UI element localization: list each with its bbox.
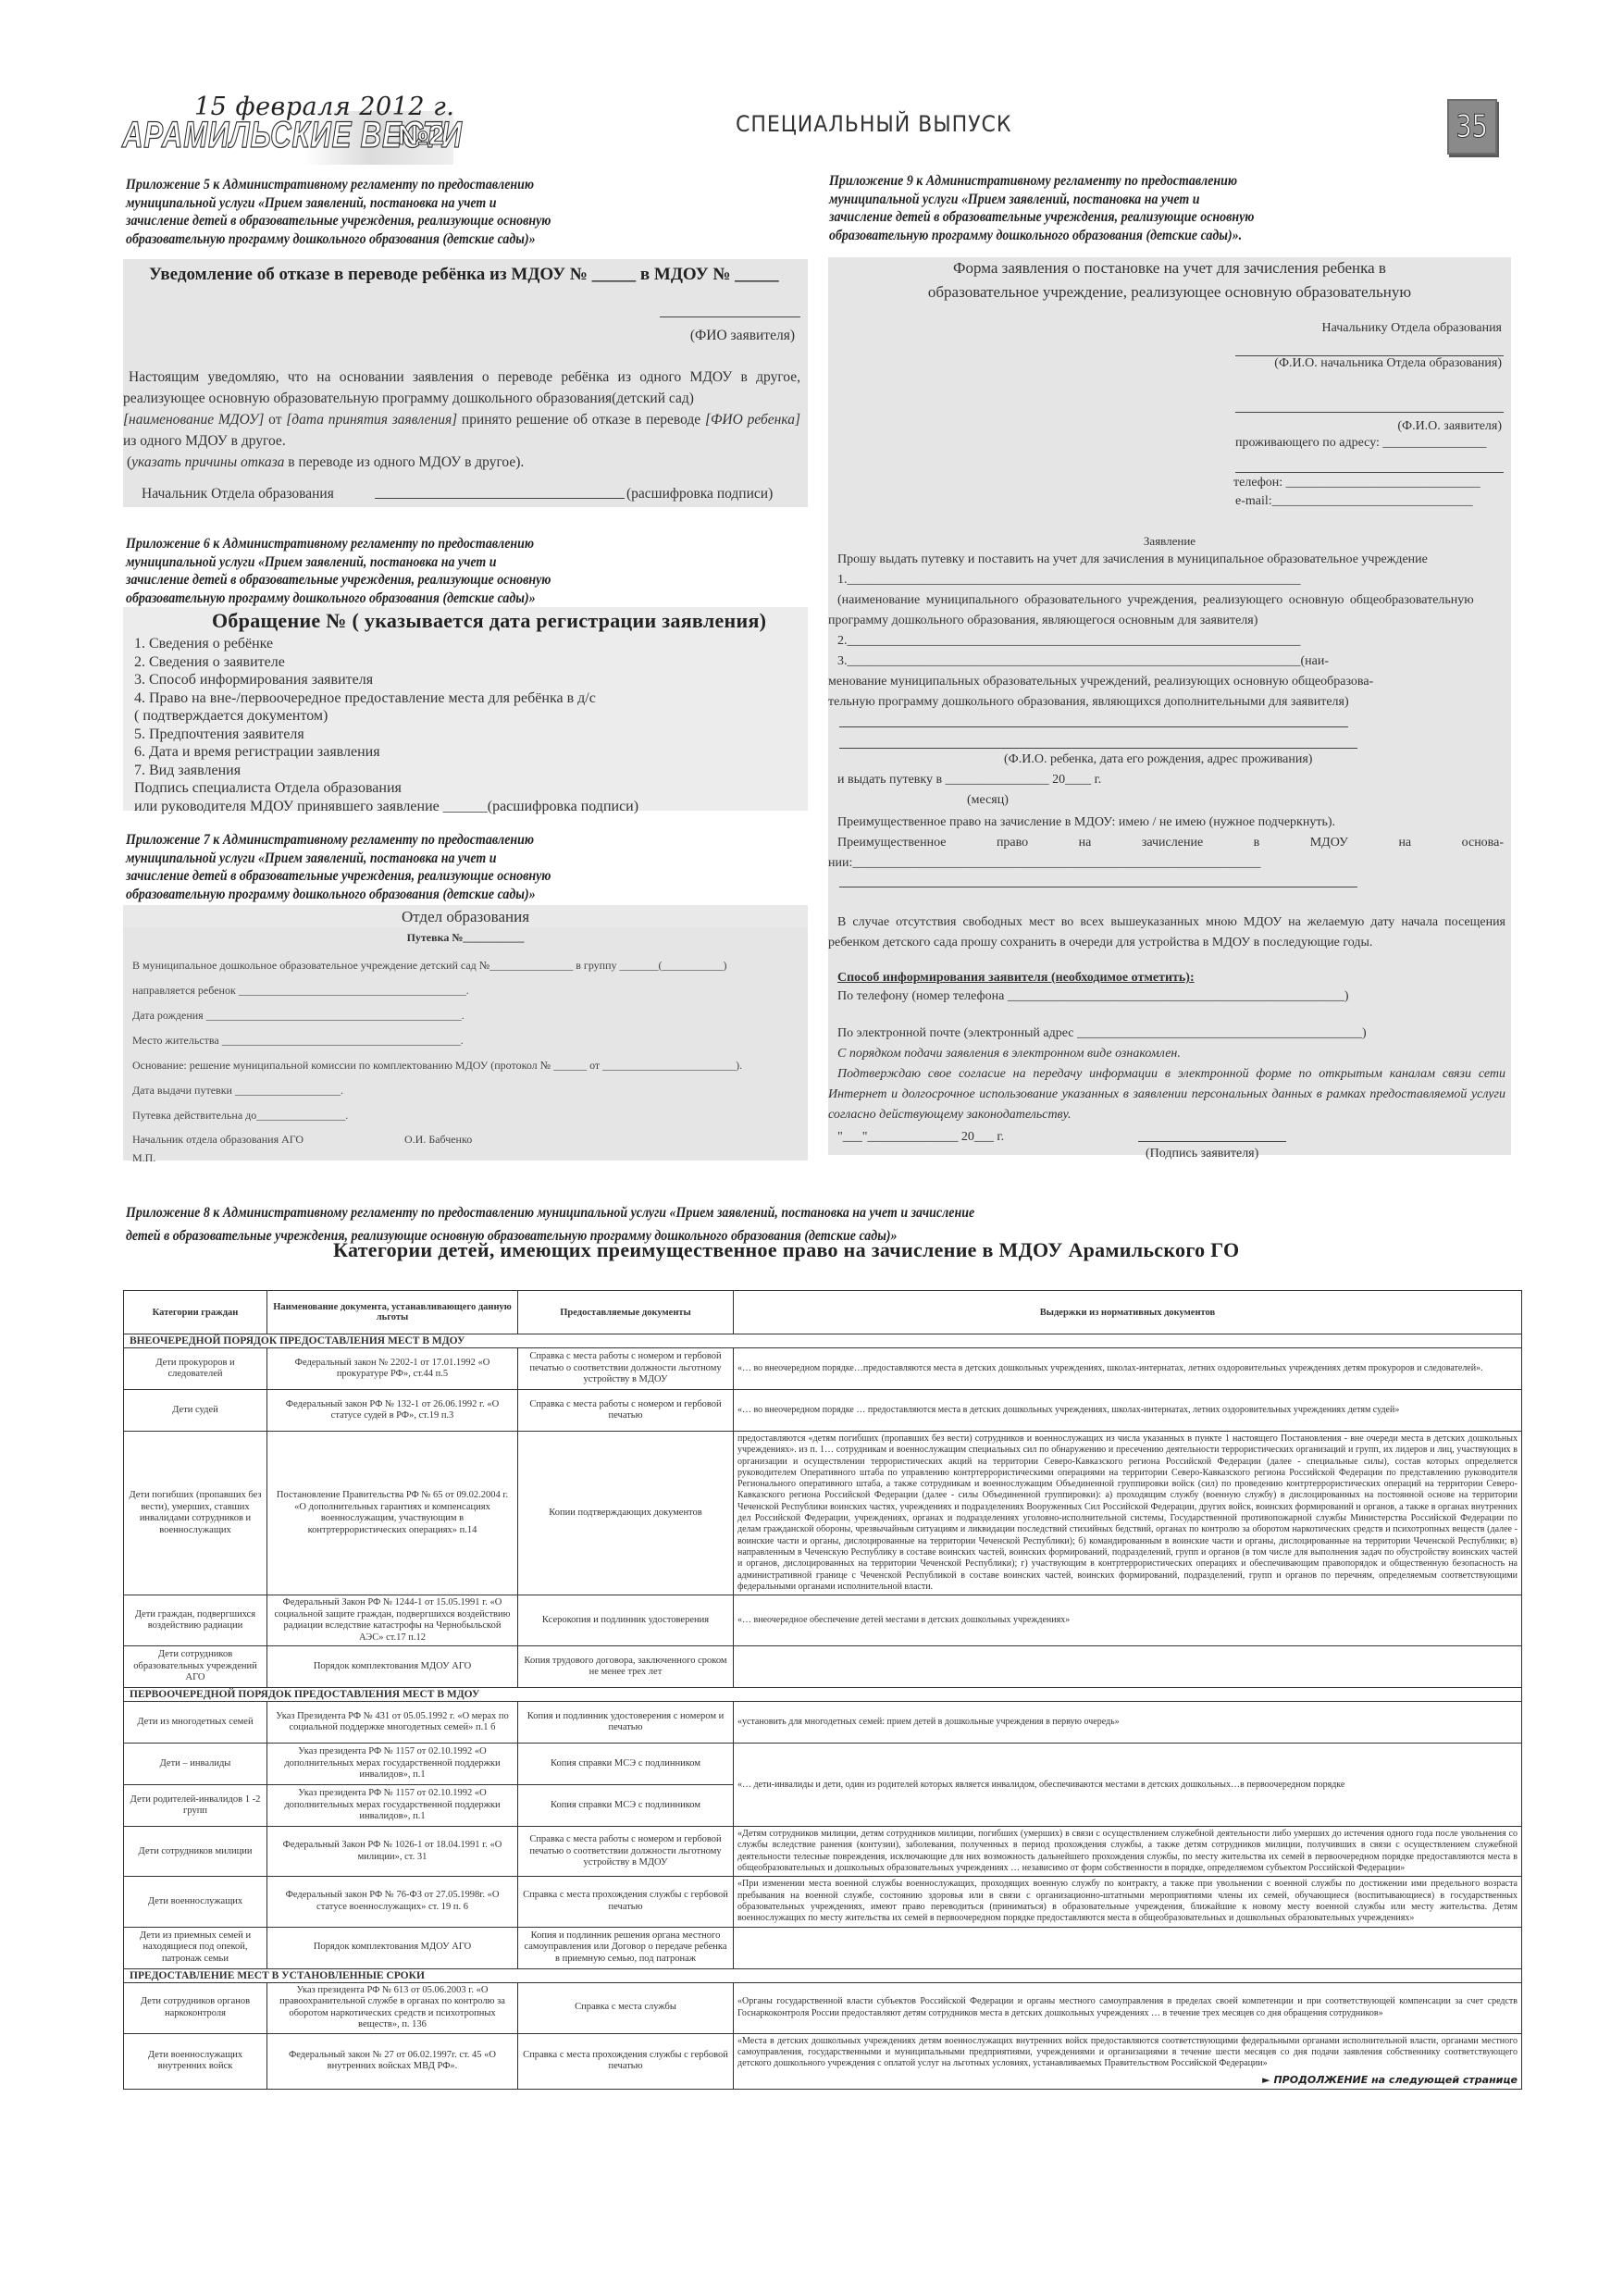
statement-heading: Заявление [828, 531, 1511, 552]
refusal-notice-panel: Уведомление об отказе в переводе ребёнка… [123, 259, 808, 507]
category-cell: Дети из многодетных семей [124, 1702, 267, 1744]
list-item: или руководителя МДОУ принявшего заявлен… [134, 798, 638, 816]
table-row: Дети военнослужащихФедеральный закон РФ … [124, 1877, 1522, 1927]
voucher-field[interactable]: Дата выдачи путевки ___________________. [132, 1084, 343, 1098]
document-cell: Указ президента РФ № 613 от 05.06.2003 г… [267, 1982, 518, 2033]
section-title: ПРЕДОСТАВЛЕНИЕ МЕСТ В УСТАНОВЛЕННЫЕ СРОК… [124, 1968, 1522, 1982]
section-title: ВНЕОЧЕРЕДНОЙ ПОРЯДОК ПРЕДОСТАВЛЕНИЯ МЕСТ… [124, 1334, 1522, 1348]
child-info-label: (Ф.И.О. ребенка, дата его рождения, адре… [1004, 750, 1312, 770]
table-row: Дети погибших (пропавших без вести), уме… [124, 1432, 1522, 1595]
issue-voucher-field[interactable]: и выдать путевку в ________________ 20__… [837, 770, 1101, 790]
provided-docs-cell: Копия и подлинник удостоверения с номеро… [518, 1702, 734, 1744]
table-row: Дети судейФедеральный закон РФ № 132-1 о… [124, 1390, 1522, 1432]
word: на [1398, 833, 1411, 853]
word: МДОУ [1310, 833, 1348, 853]
caption-line: Приложение 5 к Административному регламе… [126, 176, 551, 194]
appendix9-caption: Приложение 9 к Административному регламе… [829, 172, 1254, 244]
category-cell: Дети прокуроров и следователей [124, 1348, 267, 1390]
table-row: Дети из многодетных семейУказ Президента… [124, 1702, 1522, 1744]
institution-2-field[interactable]: 2.______________________________________… [837, 631, 1301, 652]
page-number: 35 [1456, 108, 1489, 145]
provided-docs-cell: Копия и подлинник решения органа местног… [518, 1927, 734, 1968]
placeholder-child: [ФИО ребенка] [705, 412, 800, 428]
institution-3-note: менование муниципальных образовательных … [828, 672, 1373, 692]
registration-form-panel: Форма заявления о постановке на учет для… [828, 257, 1511, 1155]
provided-docs-cell: Справка с места прохождения службы с гер… [518, 1877, 734, 1927]
word: основа- [1462, 833, 1504, 853]
signature-label: (Подпись заявителя) [1146, 1144, 1258, 1164]
institution-3-note-2: тельную программу дошкольного образовани… [828, 692, 1349, 713]
continuation-note[interactable]: ► ПРОДОЛЖЕНИЕ на следующей странице [737, 2075, 1518, 2086]
institution-1-note: (наименование муниципального образовател… [837, 590, 1474, 611]
word: на [1079, 833, 1092, 853]
document-cell: Указ президента РФ № 1157 от 02.10.1992 … [267, 1744, 518, 1785]
categories-table: Категории граждан Наименование документа… [123, 1290, 1522, 2090]
list-item: Подпись специалиста Отдела образования [134, 779, 638, 798]
signature-line[interactable] [1138, 1141, 1286, 1142]
caption-line: зачисление детей в образовательные учреж… [829, 208, 1254, 227]
column-header: Наименование документа, устанавливающего… [267, 1291, 518, 1334]
address-field[interactable]: проживающего по адресу: ________________ [1235, 433, 1486, 453]
caption-line: образовательную программу дошкольного об… [126, 886, 551, 904]
word: Преимущественное [837, 833, 946, 853]
document-cell: Федеральный закон РФ № 132-1 от 26.06.19… [267, 1390, 518, 1432]
provided-docs-cell: Копия справки МСЭ с подлинником [518, 1744, 734, 1785]
quote-cell: «… во внеочередном порядке … предоставля… [734, 1390, 1522, 1432]
category-cell: Дети из приемных семей и находящиеся под… [124, 1927, 267, 1968]
section-row: ВНЕОЧЕРЕДНОЙ ПОРЯДОК ПРЕДОСТАВЛЕНИЯ МЕСТ… [124, 1334, 1522, 1348]
priority-basis-line-2[interactable] [839, 887, 1357, 887]
table-row: Дети сотрудников милицииФедеральный Зако… [124, 1827, 1522, 1877]
quote-cell [734, 1927, 1522, 1968]
table-row: Дети сотрудников органов наркоконтроляУк… [124, 1982, 1522, 2033]
quote-cell: предоставляются «детям погибших (пропавш… [734, 1432, 1522, 1595]
category-cell: Дети граждан, подвергшихся воздействию р… [124, 1595, 267, 1646]
table-row: Дети военнослужащих внутренних войскФеде… [124, 2033, 1522, 2089]
provided-docs-cell: Справка с места работы с номером и гербо… [518, 1348, 734, 1390]
category-cell: Дети родителей-инвалидов 1 -2 групп [124, 1785, 267, 1827]
column-header: Предоставляемые документы [518, 1291, 734, 1334]
category-cell: Дети сотрудников органов наркоконтроля [124, 1982, 267, 2033]
voucher-field[interactable]: Путевка действительна до________________… [132, 1109, 348, 1123]
phone-option[interactable]: По телефону (номер телефона ____________… [837, 987, 1348, 1007]
voucher-field[interactable]: Место жительства _______________________… [132, 1034, 464, 1048]
categories-title: Категории детей, имеющих преимущественно… [333, 1238, 1239, 1262]
refusal-notice-title: Уведомление об отказе в переводе ребёнка… [149, 265, 779, 285]
waitlist-text: В случае отсутствия свободных мест во вс… [828, 912, 1505, 953]
quote-text: «Детям сотрудников милиции, детям сотруд… [737, 1829, 1518, 1874]
document-cell: Указ президента РФ № 1157 от 02.10.1992 … [267, 1785, 518, 1827]
column-header: Категории граждан [124, 1291, 267, 1334]
list-item: ( подтверждается документом) [134, 707, 638, 726]
fio-label: (ФИО заявителя) [690, 328, 795, 344]
addressee: Начальнику Отдела образования [1321, 318, 1502, 339]
quote-cell: «… дети-инвалиды и дети, один из родител… [734, 1744, 1522, 1827]
quote-cell: «При изменении места военной службы воен… [734, 1877, 1522, 1927]
application-record-panel: Обращение № ( указывается дата регистрац… [123, 607, 808, 811]
priority-basis-line: ПреимущественноеправоназачислениевМДОУна… [837, 833, 1504, 853]
fio-line [660, 316, 800, 317]
list-item: 5. Предпочтения заявителя [134, 726, 638, 744]
caption-line: Приложение 9 к Административному регламе… [829, 172, 1254, 191]
provided-docs-cell: Справка с места работы с номером и гербо… [518, 1827, 734, 1877]
appendix7-caption: Приложение 7 к Административному регламе… [126, 831, 551, 903]
placeholder-date: [дата принятия заявления] [286, 412, 457, 428]
voucher-panel: Отдел образования Путевка №___________ В… [123, 905, 808, 1160]
column-header: Выдержки из нормативных документов [734, 1291, 1522, 1334]
caption-line: Приложение 7 к Административному регламе… [126, 831, 551, 850]
document-cell: Указ Президента РФ № 431 от 05.05.1992 г… [267, 1702, 518, 1744]
category-cell: Дети судей [124, 1390, 267, 1432]
voucher-field[interactable]: Дата рождения __________________________… [132, 1009, 465, 1023]
quote-cell: «Органы государственной власти субъектов… [734, 1982, 1522, 2033]
caption-line: образовательную программу дошкольного об… [829, 227, 1254, 245]
head-label: Начальник отдела образования АГО [132, 1133, 304, 1147]
document-cell: Федеральный Закон РФ № 1244-1 от 15.05.1… [267, 1595, 518, 1646]
text: принято решение об отказе в переводе [457, 412, 705, 428]
quote-cell: «Места в детских дошкольных учреждениях … [734, 2033, 1522, 2089]
caption-line: муниципальной услуги «Прием заявлений, п… [829, 191, 1254, 209]
institution-1-field[interactable]: 1.______________________________________… [837, 570, 1301, 590]
refusal-notice-body: Настоящим уведомляю, что на основании за… [123, 366, 800, 473]
application-record-title: Обращение № ( указывается дата регистрац… [212, 609, 766, 633]
caption-line: муниципальной услуги «Прием заявлений, п… [126, 850, 551, 868]
table-row: Дети – инвалидыУказ президента РФ № 1157… [124, 1744, 1522, 1785]
caption-line: зачисление детей в образовательные учреж… [126, 571, 551, 590]
consent-text: Подтверждаю свое согласие на передачу ин… [828, 1064, 1505, 1125]
quote-text: «… дети-инвалиды и дети, один из родител… [737, 1780, 1518, 1791]
priority-basis-field[interactable]: нии:____________________________________… [828, 853, 1260, 874]
child-info-line-2[interactable] [839, 748, 1357, 749]
quote-text: «При изменении места военной службы воен… [737, 1879, 1518, 1924]
caption-line: Приложение 6 к Административному регламе… [126, 535, 551, 553]
category-cell: Дети сотрудников образовательных учрежде… [124, 1646, 267, 1688]
quote-text: «Органы государственной власти субъектов… [737, 1996, 1518, 2019]
voucher-field[interactable]: направляется ребенок ___________________… [132, 984, 469, 998]
body-paragraph: Настоящим уведомляю, что на основании за… [123, 366, 800, 409]
caption-line: муниципальной услуги «Прием заявлений, п… [126, 194, 551, 213]
reason-italic: указать причины отказа [131, 454, 284, 470]
category-cell: Дети погибших (пропавших без вести), уме… [124, 1432, 267, 1595]
quote-text: «… во внеочередном порядке … предоставля… [737, 1405, 1518, 1416]
reason-text: в переводе из одного МДОУ в другое). [284, 454, 524, 470]
word: право [997, 833, 1028, 853]
quote-cell: «… во внеочередном порядке…предоставляют… [734, 1348, 1522, 1390]
caption-line: образовательную программу дошкольного об… [126, 230, 551, 249]
form-title-line2: образовательное учреждение, реализующее … [828, 283, 1511, 302]
caption-line: зачисление детей в образовательные учреж… [126, 867, 551, 886]
document-cell: Федеральный Закон РФ № 1026-1 от 18.04.1… [267, 1827, 518, 1877]
quote-cell: «… внеочередное обеспечение детей местам… [734, 1595, 1522, 1646]
department-header: Отдел образования [123, 908, 808, 926]
signature-decode: (расшифровка подписи) [626, 486, 773, 503]
page-number-badge: 35 [1447, 99, 1497, 155]
table-row: Дети сотрудников образовательных учрежде… [124, 1646, 1522, 1688]
table-row: Дети граждан, подвергшихся воздействию р… [124, 1595, 1522, 1646]
head-fio-label: (Ф.И.О. начальника Отдела образования) [1274, 354, 1502, 374]
caption-line: образовательную программу дошкольного об… [126, 590, 551, 608]
body-paragraph-2: [наименование МДОУ] от [дата принятия за… [123, 409, 800, 452]
list-item: 3. Способ информирования заявителя [134, 671, 638, 689]
placeholder-mdou: [наименование МДОУ] [123, 412, 264, 428]
category-cell: Дети сотрудников милиции [124, 1827, 267, 1877]
document-cell: Федеральный закон № 2202-1 от 17.01.1992… [267, 1348, 518, 1390]
word: зачисление [1142, 833, 1203, 853]
list-item: 6. Дата и время регистрации заявления [134, 743, 638, 762]
text: от [264, 412, 286, 428]
quote-text: предоставляются «детям погибших (пропавш… [737, 1433, 1518, 1593]
month-label: (месяц) [967, 790, 1009, 811]
provided-docs-cell: Копия трудового договора, заключенного с… [518, 1646, 734, 1688]
signature-label: Начальник Отдела образования [142, 486, 334, 503]
institution-3-field[interactable]: 3.______________________________________… [837, 652, 1329, 672]
list-item: 2. Сведения о заявителе [134, 653, 638, 672]
form-title-line1: Форма заявления о постановке на учет для… [828, 259, 1511, 278]
category-cell: Дети – инвалиды [124, 1744, 267, 1785]
institution-1-note-2: программу дошкольного образования, являю… [828, 611, 1258, 631]
provided-docs-cell: Копия справки МСЭ с подлинником [518, 1785, 734, 1827]
appendix5-caption: Приложение 5 к Административному регламе… [126, 176, 551, 248]
table-row: Дети прокуроров и следователейФедеральны… [124, 1348, 1522, 1390]
signature-line [375, 498, 625, 499]
date-field[interactable]: "___"______________ 20___ г. [837, 1127, 1004, 1148]
voucher-field[interactable]: В муниципальное дошкольное образовательн… [132, 959, 727, 973]
applicant-fio-line[interactable] [1235, 412, 1504, 413]
issue-number: №2 [398, 120, 444, 152]
provided-docs-cell: Справка с места работы с номером и гербо… [518, 1390, 734, 1432]
child-info-line-1[interactable] [839, 726, 1348, 727]
provided-docs-cell: Справка с места службы [518, 1982, 734, 2033]
provided-docs-cell: Справка с места прохождения службы с гер… [518, 2033, 734, 2089]
text: из одного МДОУ в другое. [123, 433, 286, 449]
category-cell: Дети военнослужащих внутренних войск [124, 2033, 267, 2089]
section-title: ПЕРВООЧЕРЕДНОЙ ПОРЯДОК ПРЕДОСТАВЛЕНИЯ МЕ… [124, 1688, 1522, 1702]
section-title: СПЕЦИАЛЬНЫЙ ВЫПУСК [736, 111, 1011, 137]
word: в [1254, 833, 1260, 853]
document-cell: Порядок комплектования МДОУ АГО [267, 1646, 518, 1688]
quote-text: «установить для многодетных семей: прием… [737, 1717, 1518, 1728]
voucher-field[interactable]: Основание: решение муниципальной комисси… [132, 1059, 742, 1073]
appendix6-caption: Приложение 6 к Административному регламе… [126, 535, 551, 607]
quote-text: «… внеочередное обеспечение детей местам… [737, 1615, 1518, 1626]
list-item: 4. Право на вне-/первоочередное предоста… [134, 689, 638, 708]
list-item: 7. Вид заявления [134, 762, 638, 780]
priority-right: Преимущественное право на зачисление в М… [837, 813, 1335, 833]
table-row: Дети из приемных семей и находящиеся под… [124, 1927, 1522, 1968]
electronic-ack: С порядком подачи заявления в электронно… [837, 1044, 1181, 1064]
head-name: О.И. Бабченко [404, 1133, 472, 1147]
application-record-items: 1. Сведения о ребёнке2. Сведения о заяви… [134, 635, 638, 815]
stamp-label: М.П. [132, 1151, 155, 1165]
table-header-row: Категории граждан Наименование документа… [124, 1291, 1522, 1334]
caption-line: зачисление детей в образовательные учреж… [126, 212, 551, 230]
quote-cell: «Детям сотрудников милиции, детям сотруд… [734, 1827, 1522, 1877]
request-text: Прошу выдать путевку и поставить на учет… [837, 550, 1428, 570]
provided-docs-cell: Ксерокопия и подлинник удостоверения [518, 1595, 734, 1646]
list-item: 1. Сведения о ребёнке [134, 635, 638, 653]
document-cell: Федеральный закон № 27 от 06.02.1997г. с… [267, 2033, 518, 2089]
quote-cell [734, 1646, 1522, 1688]
caption-line: муниципальной услуги «Прием заявлений, п… [126, 553, 551, 572]
section-row: ПРЕДОСТАВЛЕНИЕ МЕСТ В УСТАНОВЛЕННЫЕ СРОК… [124, 1968, 1522, 1982]
email-field[interactable]: e-mail:_______________________________ [1235, 491, 1473, 512]
document-cell: Федеральный закон РФ № 76-ФЗ от 27.05.19… [267, 1877, 518, 1927]
provided-docs-cell: Копии подтверждающих документов [518, 1432, 734, 1595]
document-cell: Постановление Правительства РФ № 65 от 0… [267, 1432, 518, 1595]
voucher-number: Путевка №___________ [123, 931, 808, 945]
phone-field[interactable]: телефон: ______________________________ [1233, 473, 1481, 493]
reason-line: (указать причины отказа в переводе из од… [123, 452, 800, 473]
email-option[interactable]: По электронной почте (электронный адрес … [837, 1024, 1367, 1044]
inform-heading: Способ информирования заявителя (необход… [837, 968, 1195, 988]
quote-text: «Места в детских дошкольных учреждениях … [737, 2036, 1518, 2070]
category-cell: Дети военнослужащих [124, 1877, 267, 1927]
document-cell: Порядок комплектования МДОУ АГО [267, 1927, 518, 1968]
section-row: ПЕРВООЧЕРЕДНОЙ ПОРЯДОК ПРЕДОСТАВЛЕНИЯ МЕ… [124, 1688, 1522, 1702]
caption-line: Приложение 8 к Административному регламе… [126, 1201, 974, 1224]
quote-text: «… во внеочередном порядке…предоставляют… [737, 1363, 1518, 1374]
quote-cell: «установить для многодетных семей: прием… [734, 1702, 1522, 1744]
